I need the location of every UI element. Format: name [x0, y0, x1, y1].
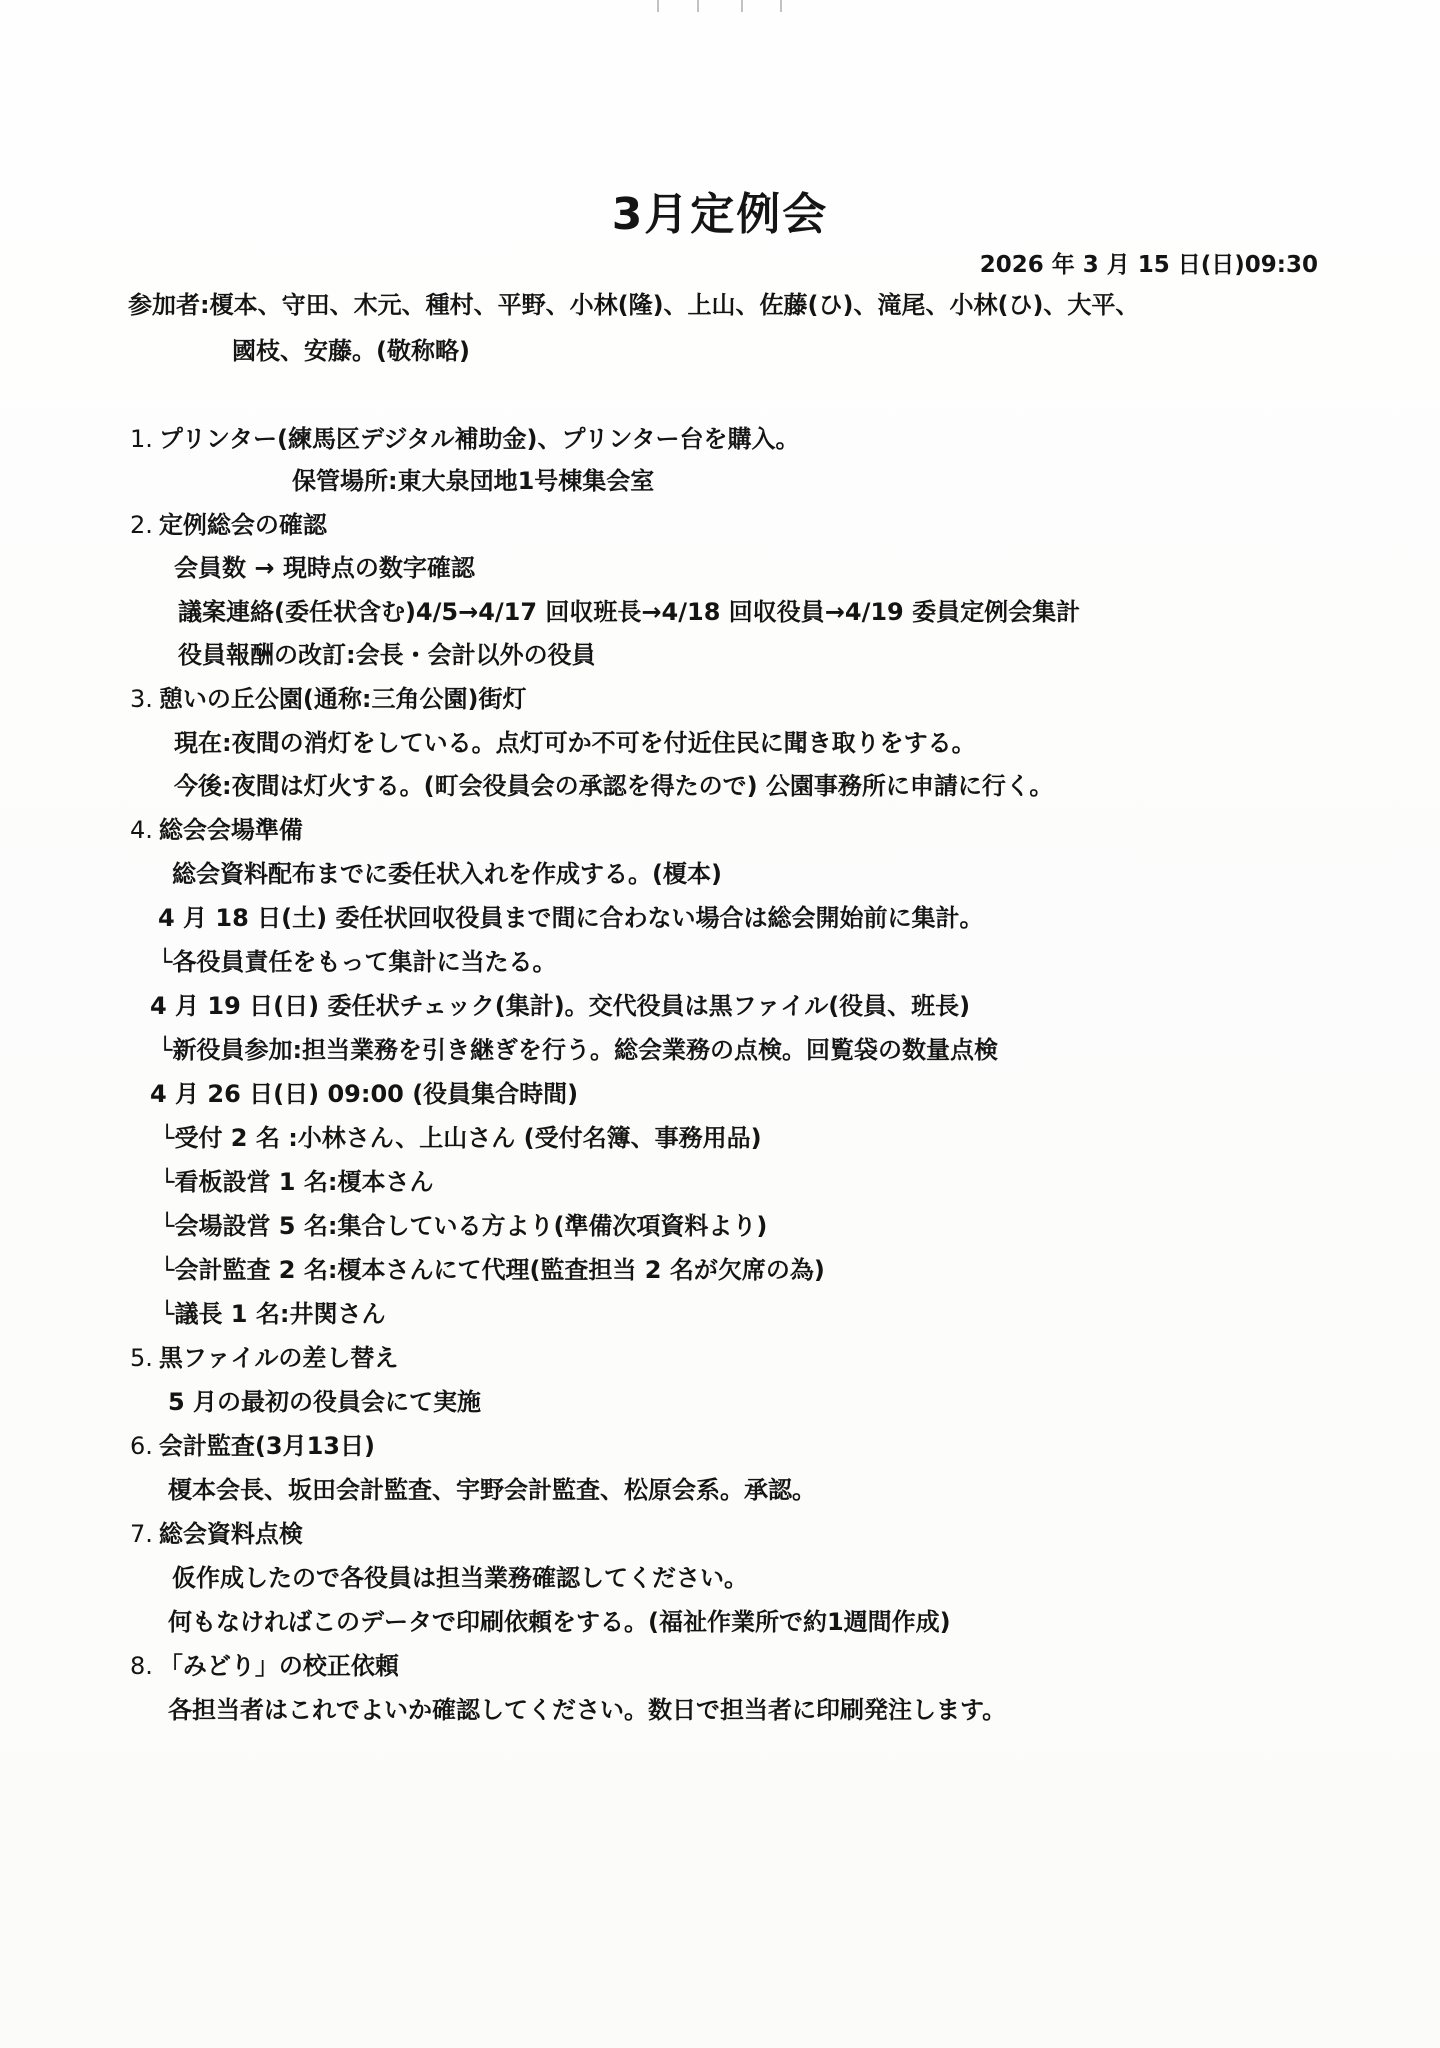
- item-number: 2.: [130, 510, 153, 540]
- agenda-item-4-line: 総会資料配布までに委任状入れを作成する。(榎本): [172, 859, 722, 889]
- agenda-item-4-line: └看板設営 1 名:榎本さん: [160, 1167, 433, 1197]
- agenda-item-4-line: └新役員参加:担当業務を引き継ぎを行う。総会業務の点検。回覧袋の数量点検: [158, 1035, 998, 1065]
- agenda-item-7-line: 何もなければこのデータで印刷依頼をする。(福祉作業所で約1週間作成): [168, 1607, 951, 1637]
- agenda-item-3-heading: 3.憩いの丘公園(通称:三角公園)街灯: [130, 684, 526, 714]
- agenda-item-3-line: 今後:夜間は灯火する。(町会役員会の承認を得たので) 公園事務所に申請に行く。: [174, 771, 1053, 801]
- agenda-item-4-line: └会計監査 2 名:榎本さんにて代理(監査担当 2 名が欠席の為): [160, 1255, 825, 1285]
- agenda-item-6-heading: 6.会計監査(3月13日): [130, 1431, 375, 1461]
- agenda-item-4-heading: 4.総会会場準備: [130, 815, 303, 845]
- agenda-item-4-line: └各役員責任をもって集計に当たる。: [158, 947, 556, 977]
- agenda-item-1-heading: 1.プリンター(練馬区デジタル補助金)、プリンター台を購入。: [130, 424, 800, 454]
- item-number: 8.: [130, 1651, 153, 1681]
- agenda-item-2-line: 会員数 → 現時点の数字確認: [174, 553, 475, 583]
- agenda-item-5-heading: 5.黒ファイルの差し替え: [130, 1343, 398, 1373]
- agenda-item-6-line: 榎本会長、坂田会計監査、宇野会計監査、松原会系。承認。: [168, 1475, 816, 1505]
- agenda-item-8-heading: 8.「みどり」の校正依頼: [130, 1651, 399, 1681]
- item-number: 5.: [130, 1343, 153, 1373]
- item-heading: 総会会場準備: [159, 816, 303, 844]
- agenda-item-4-line: └議長 1 名:井関さん: [160, 1299, 385, 1329]
- scanned-page: 3月定例会 2026 年 3 月 15 日(日)09:30 参加者:榎本、守田、…: [0, 0, 1440, 2048]
- agenda-item-1-line: 保管場所:東大泉団地1号棟集会室: [292, 466, 654, 496]
- agenda-item-4-line: 4 月 26 日(日) 09:00 (役員集合時間): [150, 1079, 578, 1109]
- agenda-item-4-line: 4 月 18 日(土) 委任状回収役員まで間に合わない場合は総会開始前に集計。: [158, 903, 983, 933]
- item-heading: 定例総会の確認: [159, 511, 327, 539]
- item-heading: プリンター(練馬区デジタル補助金)、プリンター台を購入。: [159, 425, 800, 453]
- agenda-item-7-heading: 7.総会資料点検: [130, 1519, 303, 1549]
- meeting-datetime: 2026 年 3 月 15 日(日)09:30: [980, 246, 1318, 279]
- item-number: 4.: [130, 815, 153, 845]
- item-number: 3.: [130, 684, 153, 714]
- agenda-item-4-line: └受付 2 名 :小林さん、上山さん (受付名簿、事務用品): [160, 1123, 762, 1153]
- item-number: 7.: [130, 1519, 153, 1549]
- agenda-item-4-line: └会場設営 5 名:集合している方より(準備次項資料より): [160, 1211, 767, 1241]
- agenda-item-2-line: 役員報酬の改訂:会長・会計以外の役員: [178, 640, 596, 670]
- item-number: 6.: [130, 1431, 153, 1461]
- participants-line-1: 参加者:榎本、守田、木元、種村、平野、小林(隆)、上山、佐藤(ひ)、滝尾、小林(…: [128, 290, 1139, 320]
- paper-mark: [780, 0, 782, 12]
- participants-line-2: 國枝、安藤。(敬称略): [232, 336, 470, 366]
- item-heading: 黒ファイルの差し替え: [159, 1344, 399, 1372]
- paper-mark: [657, 0, 659, 12]
- item-heading: 「みどり」の校正依頼: [159, 1652, 399, 1680]
- agenda-item-8-line: 各担当者はこれでよいか確認してください。数日で担当者に印刷発注します。: [168, 1695, 1006, 1725]
- agenda-item-2-line: 議案連絡(委任状含む)4/5→4/17 回収班長→4/18 回収役員→4/19 …: [178, 597, 1080, 627]
- agenda-item-4-line: 4 月 19 日(日) 委任状チェック(集計)。交代役員は黒ファイル(役員、班長…: [150, 991, 970, 1021]
- agenda-item-2-heading: 2.定例総会の確認: [130, 510, 327, 540]
- item-number: 1.: [130, 424, 153, 454]
- document-title: 3月定例会: [0, 178, 1440, 242]
- paper-mark: [741, 0, 743, 12]
- item-heading: 会計監査(3月13日): [159, 1432, 375, 1460]
- paper-mark: [697, 0, 699, 12]
- agenda-item-3-line: 現在:夜間の消灯をしている。点灯可か不可を付近住民に聞き取りをする。: [174, 728, 976, 758]
- item-heading: 憩いの丘公園(通称:三角公園)街灯: [159, 685, 527, 713]
- agenda-item-5-line: 5 月の最初の役員会にて実施: [168, 1387, 481, 1417]
- agenda-item-7-line: 仮作成したので各役員は担当業務確認してください。: [172, 1563, 748, 1593]
- item-heading: 総会資料点検: [159, 1520, 303, 1548]
